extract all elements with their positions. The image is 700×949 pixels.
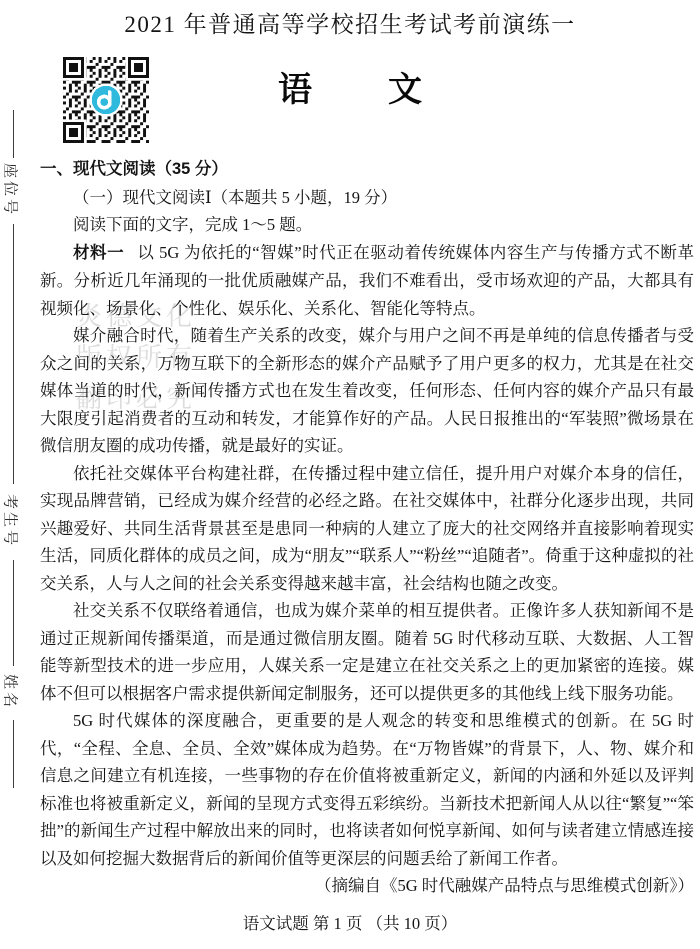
subject-char-2: 文 bbox=[388, 71, 422, 109]
section-heading: 一、现代文阅读（35 分） bbox=[40, 156, 694, 184]
seal-label-name: 姓名 bbox=[1, 674, 22, 710]
material-paragraph: 5G 时代媒体的深度融合，更重要的是人观念的转变和思维模式的创新。在 5G 时代… bbox=[40, 707, 694, 872]
seal-line-segment bbox=[13, 224, 14, 484]
exam-content: 一、现代文阅读（35 分） （一）现代文阅读Ⅰ（本题共 5 小题，19 分） 阅… bbox=[40, 156, 694, 900]
material-paragraph-text: 以 5G 为依托的“智媒”时代正在驱动着传统媒体内容生产与传播方式不断革新。分析… bbox=[40, 243, 694, 318]
seal-line-segment bbox=[13, 560, 14, 666]
material-paragraph: 依托社交媒体平台构建社群，在传播过程中建立信任，提升用户对媒介本身的信任，实现品… bbox=[40, 460, 694, 598]
material-label: 材料一 bbox=[73, 244, 124, 262]
seal-label-seat-number: 座位号 bbox=[1, 163, 22, 217]
material-paragraph: 媒介融合时代，随着生产关系的改变，媒介与用户之间不再是单纯的信息传播者与受众之间… bbox=[40, 322, 694, 460]
material-paragraph: 材料一以 5G 为依托的“智媒”时代正在驱动着传统媒体内容生产与传播方式不断革新… bbox=[40, 239, 694, 323]
subject-char-1: 语 bbox=[278, 71, 312, 109]
page-footer: 语文试题 第 1 页 （共 10 页） bbox=[0, 910, 700, 934]
section-subheading: （一）现代文阅读Ⅰ（本题共 5 小题，19 分） bbox=[40, 184, 694, 212]
exam-title: 2021 年普通高等学校招生考试考前演练一 bbox=[0, 6, 700, 39]
seal-line-segment bbox=[13, 110, 14, 158]
reading-instruction: 阅读下面的文字，完成 1～5 题。 bbox=[40, 211, 694, 239]
subject-title: 语文 bbox=[0, 62, 700, 111]
citation: （摘编自《5G 时代融媒产品特点与思维模式创新》） bbox=[40, 872, 694, 900]
seal-label-candidate-number: 考生号 bbox=[1, 494, 22, 548]
seal-line-segment bbox=[13, 720, 14, 788]
exam-paper-page: 2021 年普通高等学校招生考试考前演练一 bbox=[0, 0, 700, 949]
material-paragraph: 社交关系不仅联络着通信，也成为媒介菜单的相互提供者。正像许多人获知新闻不是通过正… bbox=[40, 597, 694, 707]
